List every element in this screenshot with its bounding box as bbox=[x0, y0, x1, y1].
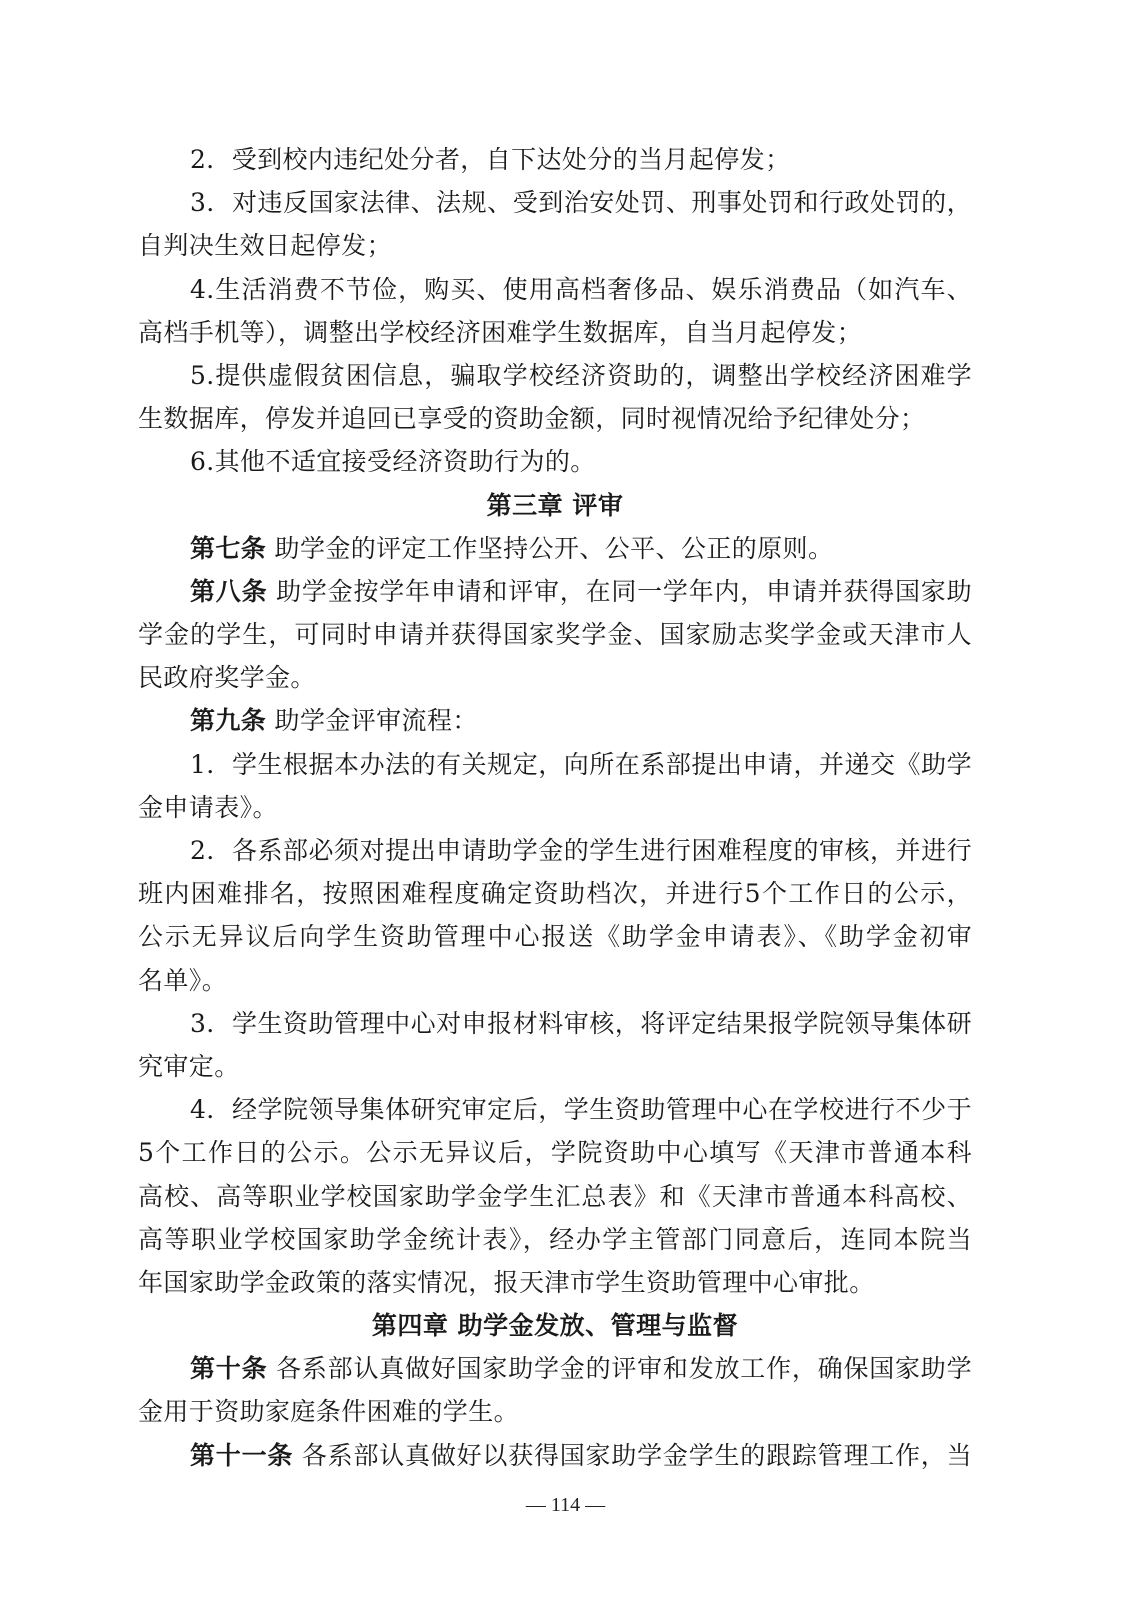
paragraph-line: 公示无异议后向学生资助管理中心报送《助学金申请表》、《助学金初审 bbox=[138, 915, 972, 958]
article-label: 第八条 bbox=[190, 577, 267, 606]
chapter-heading: 第三章 评审 bbox=[138, 484, 972, 527]
paragraph-line: 高等职业学校国家助学金统计表》，经办学主管部门同意后，连同本院当 bbox=[138, 1218, 972, 1261]
page-number: — 114 — bbox=[0, 1494, 1131, 1517]
paragraph-line: 4．经学院领导集体研究审定后，学生资助管理中心在学校进行不少于 bbox=[138, 1088, 972, 1131]
paragraph-line: 2．各系部必须对提出申请助学金的学生进行困难程度的审核，并进行 bbox=[138, 829, 972, 872]
paragraph-line: 1．学生根据本办法的有关规定，向所在系部提出申请，并递交《助学 bbox=[138, 743, 972, 786]
paragraph-line: 学金的学生，可同时申请并获得国家奖学金、国家励志奖学金或天津市人 bbox=[138, 613, 972, 656]
paragraph-line: 6.其他不适宜接受经济资助行为的。 bbox=[138, 440, 972, 483]
article-text: 助学金按学年申请和评审，在同一学年内，申请并获得国家助 bbox=[267, 577, 972, 606]
paragraph-line: 3．学生资助管理中心对申报材料审核，将评定结果报学院领导集体研 bbox=[138, 1002, 972, 1045]
article-label: 第十条 bbox=[190, 1354, 267, 1383]
paragraph-line: 金申请表》。 bbox=[138, 786, 972, 829]
paragraph-line: 年国家助学金政策的落实情况，报天津市学生资助管理中心审批。 bbox=[138, 1261, 972, 1304]
paragraph-line: 自判决生效日起停发； bbox=[138, 224, 972, 267]
paragraph-line: 名单》。 bbox=[138, 959, 972, 1002]
document-page: 2．受到校内违纪处分者，自下达处分的当月起停发； 3．对违反国家法律、法规、受到… bbox=[138, 138, 972, 1477]
article-11-line-1: 第十一条 各系部认真做好以获得国家助学金学生的跟踪管理工作，当 bbox=[138, 1434, 972, 1477]
article-9: 第九条 助学金评审流程： bbox=[138, 699, 972, 742]
paragraph-line: 班内困难排名，按照困难程度确定资助档次，并进行5个工作日的公示， bbox=[138, 872, 972, 915]
article-label: 第九条 bbox=[190, 706, 266, 735]
paragraph-line: 高校、高等职业学校国家助学金学生汇总表》和《天津市普通本科高校、 bbox=[138, 1175, 972, 1218]
article-text: 各系部认真做好以获得国家助学金学生的跟踪管理工作，当 bbox=[293, 1441, 972, 1470]
article-10-line-1: 第十条 各系部认真做好国家助学金的评审和发放工作，确保国家助学 bbox=[138, 1347, 972, 1390]
article-label: 第七条 bbox=[190, 534, 266, 563]
article-8-line-1: 第八条 助学金按学年申请和评审，在同一学年内，申请并获得国家助 bbox=[138, 570, 972, 613]
paragraph-line: 3．对违反国家法律、法规、受到治安处罚、刑事处罚和行政处罚的， bbox=[138, 181, 972, 224]
paragraph-line: 金用于资助家庭条件困难的学生。 bbox=[138, 1390, 972, 1433]
paragraph-line: 生数据库，停发并追回已享受的资助金额，同时视情况给予纪律处分； bbox=[138, 397, 972, 440]
paragraph-line: 高档手机等），调整出学校经济困难学生数据库，自当月起停发； bbox=[138, 311, 972, 354]
paragraph-line: 5.提供虚假贫困信息，骗取学校经济资助的，调整出学校经济困难学 bbox=[138, 354, 972, 397]
article-label: 第十一条 bbox=[190, 1441, 293, 1470]
paragraph-line: 4.生活消费不节俭，购买、使用高档奢侈品、娱乐消费品（如汽车、 bbox=[138, 268, 972, 311]
paragraph-line: 民政府奖学金。 bbox=[138, 656, 972, 699]
paragraph-line: 5个工作日的公示。公示无异议后，学院资助中心填写《天津市普通本科 bbox=[138, 1131, 972, 1174]
article-7: 第七条 助学金的评定工作坚持公开、公平、公正的原则。 bbox=[138, 527, 972, 570]
article-text: 助学金的评定工作坚持公开、公平、公正的原则。 bbox=[266, 534, 833, 563]
paragraph-line: 2．受到校内违纪处分者，自下达处分的当月起停发； bbox=[138, 138, 972, 181]
article-text: 助学金评审流程： bbox=[266, 706, 478, 735]
article-text: 各系部认真做好国家助学金的评审和发放工作，确保国家助学 bbox=[267, 1354, 972, 1383]
chapter-heading: 第四章 助学金发放、管理与监督 bbox=[138, 1304, 972, 1347]
paragraph-line: 究审定。 bbox=[138, 1045, 972, 1088]
